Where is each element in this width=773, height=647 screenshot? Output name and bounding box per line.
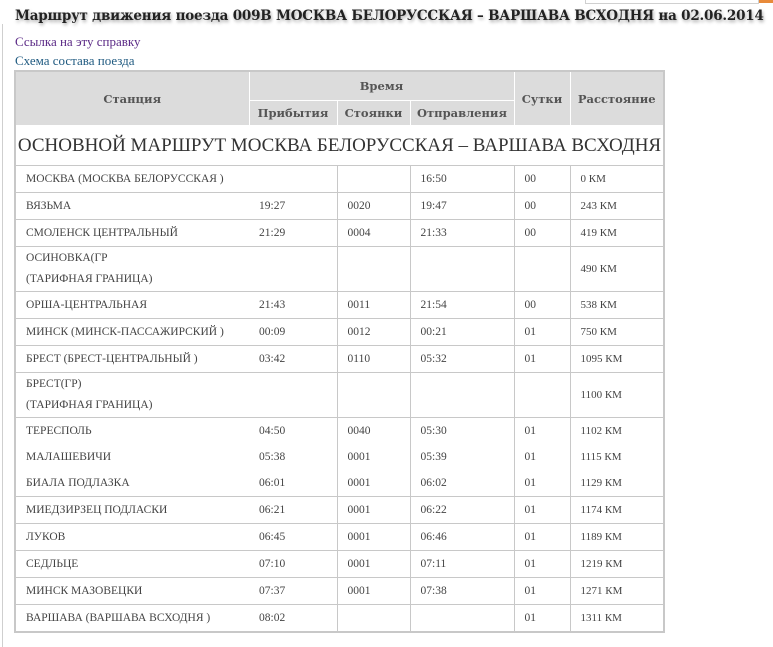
section-title: ОСНОВНОЙ МАРШРУТ МОСКВА БЕЛОРУССКАЯ – ВА… [15, 126, 664, 166]
table-row: БРЕСТ (БРЕСТ-ЦЕНТРАЛЬНЫЙ )03:42011005:32… [15, 346, 664, 373]
station-cell: ОСИНОВКА(ГР(ТАРИФНАЯ ГРАНИЦА) [15, 247, 249, 292]
page-left-border [2, 24, 3, 647]
arrival-cell: 08:02 [249, 605, 337, 633]
station-name-line: БРЕСТ(ГР) [26, 374, 249, 395]
days-cell: 00 [514, 220, 570, 247]
distance-cell: 243 КМ [570, 193, 664, 220]
stop-cell: 0012 [337, 319, 410, 346]
distance-cell: 490 КМ [570, 247, 664, 292]
stop-cell: 0011 [337, 292, 410, 319]
permalink-link[interactable]: Ссылка на эту справку [15, 34, 141, 50]
stop-cell [337, 247, 410, 292]
days-cell: 01 [514, 605, 570, 633]
departure-cell: 05:32 [410, 346, 514, 373]
days-cell: 01 [514, 551, 570, 578]
arrival-cell: 07:10 [249, 551, 337, 578]
table-row: МОСКВА (МОСКВА БЕЛОРУССКАЯ )16:50000 КМ [15, 166, 664, 193]
station-cell: МАЛАШЕВИЧИ [15, 444, 249, 470]
station-cell: БИАЛА ПОДЛАЗКА [15, 470, 249, 497]
stop-cell: 0001 [337, 578, 410, 605]
stop-cell: 0004 [337, 220, 410, 247]
table-row: СЕДЛЬЦЕ07:10000107:11011219 КМ [15, 551, 664, 578]
table-row: ВАРШАВА (ВАРШАВА ВСХОДНЯ )08:02011311 КМ [15, 605, 664, 633]
station-cell: БРЕСТ(ГР)(ТАРИФНАЯ ГРАНИЦА) [15, 373, 249, 418]
days-cell: 01 [514, 319, 570, 346]
header-time: Время [249, 71, 514, 101]
stop-cell: 0110 [337, 346, 410, 373]
station-cell: МИНСК (МИНСК-ПАССАЖИРСКИЙ ) [15, 319, 249, 346]
departure-cell: 06:46 [410, 524, 514, 551]
distance-cell: 419 КМ [570, 220, 664, 247]
header-departure: Отправления [410, 101, 514, 126]
page-title: Маршрут движения поезда 009В МОСКВА БЕЛО… [15, 8, 764, 24]
days-cell: 01 [514, 444, 570, 470]
route-rows: МОСКВА (МОСКВА БЕЛОРУССКАЯ )16:50000 КМВ… [15, 166, 664, 633]
arrival-cell: 21:43 [249, 292, 337, 319]
departure-cell: 05:39 [410, 444, 514, 470]
search-input[interactable] [585, 0, 759, 4]
distance-cell: 1095 КМ [570, 346, 664, 373]
distance-cell: 1129 КМ [570, 470, 664, 497]
days-cell: 00 [514, 193, 570, 220]
stop-cell: 0001 [337, 497, 410, 524]
stop-cell: 0001 [337, 444, 410, 470]
station-cell: БРЕСТ (БРЕСТ-ЦЕНТРАЛЬНЫЙ ) [15, 346, 249, 373]
arrival-cell: 06:45 [249, 524, 337, 551]
train-composition-link[interactable]: Схема состава поезда [15, 53, 135, 69]
stop-cell: 0001 [337, 551, 410, 578]
table-row: ВЯЗЬМА19:27002019:4700243 КМ [15, 193, 664, 220]
departure-cell [410, 373, 514, 418]
days-cell: 01 [514, 578, 570, 605]
header-days: Сутки [514, 71, 570, 126]
station-note-line: (ТАРИФНАЯ ГРАНИЦА) [26, 269, 249, 290]
arrival-cell: 21:29 [249, 220, 337, 247]
departure-cell [410, 605, 514, 633]
distance-cell: 1115 КМ [570, 444, 664, 470]
distance-cell: 1189 КМ [570, 524, 664, 551]
distance-cell: 1100 КМ [570, 373, 664, 418]
departure-cell: 07:11 [410, 551, 514, 578]
days-cell: 01 [514, 497, 570, 524]
arrival-cell: 07:37 [249, 578, 337, 605]
days-cell: 00 [514, 166, 570, 193]
header-stop: Стоянки [337, 101, 410, 126]
header-arrival: Прибытия [249, 101, 337, 126]
departure-cell [410, 247, 514, 292]
stop-cell: 0001 [337, 470, 410, 497]
arrival-cell [249, 247, 337, 292]
table-row: ТЕРЕСПОЛЬ04:50004005:30011102 КМ [15, 418, 664, 445]
distance-cell: 1271 КМ [570, 578, 664, 605]
departure-cell: 00:21 [410, 319, 514, 346]
distance-cell: 1174 КМ [570, 497, 664, 524]
station-cell: ТЕРЕСПОЛЬ [15, 418, 249, 445]
departure-cell: 07:38 [410, 578, 514, 605]
table-row: ОСИНОВКА(ГР(ТАРИФНАЯ ГРАНИЦА)490 КМ [15, 247, 664, 292]
table-row: СМОЛЕНСК ЦЕНТРАЛЬНЫЙ21:29000421:3300419 … [15, 220, 664, 247]
days-cell: 01 [514, 470, 570, 497]
days-cell: 01 [514, 524, 570, 551]
station-cell: ВЯЗЬМА [15, 193, 249, 220]
departure-cell: 21:33 [410, 220, 514, 247]
departure-cell: 06:22 [410, 497, 514, 524]
arrival-cell: 03:42 [249, 346, 337, 373]
station-cell: ЛУКОВ [15, 524, 249, 551]
table-row: МАЛАШЕВИЧИ05:38000105:39011115 КМ [15, 444, 664, 470]
station-note-line: (ТАРИФНАЯ ГРАНИЦА) [26, 395, 249, 416]
table-row: МИНСК (МИНСК-ПАССАЖИРСКИЙ )00:09001200:2… [15, 319, 664, 346]
arrival-cell: 00:09 [249, 319, 337, 346]
station-cell: СМОЛЕНСК ЦЕНТРАЛЬНЫЙ [15, 220, 249, 247]
stop-cell [337, 373, 410, 418]
departure-cell: 16:50 [410, 166, 514, 193]
station-name-line: ОСИНОВКА(ГР [26, 248, 249, 269]
header-station: Станция [15, 71, 249, 126]
stop-cell: 0001 [337, 524, 410, 551]
distance-cell: 538 КМ [570, 292, 664, 319]
stop-cell: 0040 [337, 418, 410, 445]
stop-cell [337, 605, 410, 633]
table-row: МИНСК МАЗОВЕЦКИ07:37000107:38011271 КМ [15, 578, 664, 605]
stop-cell: 0020 [337, 193, 410, 220]
table-row: ЛУКОВ06:45000106:46011189 КМ [15, 524, 664, 551]
distance-cell: 1102 КМ [570, 418, 664, 445]
arrival-cell: 06:01 [249, 470, 337, 497]
table-row: МИЕДЗИРЗЕЦ ПОДЛАСКИ06:21000106:22011174 … [15, 497, 664, 524]
days-cell: 00 [514, 292, 570, 319]
table-row: БРЕСТ(ГР)(ТАРИФНАЯ ГРАНИЦА)1100 КМ [15, 373, 664, 418]
distance-cell: 0 КМ [570, 166, 664, 193]
search-button[interactable] [759, 0, 773, 3]
days-cell [514, 373, 570, 418]
days-cell: 01 [514, 418, 570, 445]
departure-cell: 05:30 [410, 418, 514, 445]
station-cell: МИНСК МАЗОВЕЦКИ [15, 578, 249, 605]
header-distance: Расстояние [570, 71, 664, 126]
distance-cell: 1311 КМ [570, 605, 664, 633]
departure-cell: 19:47 [410, 193, 514, 220]
arrival-cell [249, 373, 337, 418]
departure-cell: 06:02 [410, 470, 514, 497]
station-cell: МОСКВА (МОСКВА БЕЛОРУССКАЯ ) [15, 166, 249, 193]
table-row: БИАЛА ПОДЛАЗКА06:01000106:02011129 КМ [15, 470, 664, 497]
arrival-cell [249, 166, 337, 193]
distance-cell: 750 КМ [570, 319, 664, 346]
station-cell: ОРША-ЦЕНТРАЛЬНАЯ [15, 292, 249, 319]
stop-cell [337, 166, 410, 193]
arrival-cell: 06:21 [249, 497, 337, 524]
arrival-cell: 19:27 [249, 193, 337, 220]
station-cell: СЕДЛЬЦЕ [15, 551, 249, 578]
days-cell: 01 [514, 346, 570, 373]
distance-cell: 1219 КМ [570, 551, 664, 578]
arrival-cell: 04:50 [249, 418, 337, 445]
station-cell: ВАРШАВА (ВАРШАВА ВСХОДНЯ ) [15, 605, 249, 633]
days-cell [514, 247, 570, 292]
table-row: ОРША-ЦЕНТРАЛЬНАЯ21:43001121:5400538 КМ [15, 292, 664, 319]
route-table: Станция Время Сутки Расстояние Прибытия … [14, 70, 665, 633]
arrival-cell: 05:38 [249, 444, 337, 470]
station-cell: МИЕДЗИРЗЕЦ ПОДЛАСКИ [15, 497, 249, 524]
departure-cell: 21:54 [410, 292, 514, 319]
